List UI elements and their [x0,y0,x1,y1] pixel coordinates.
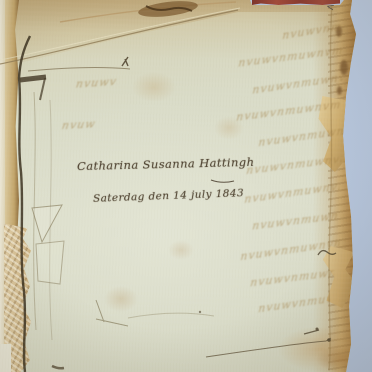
red-book-edge-strip [252,0,340,5]
bleedthrough-row: nvuwvnmuwnvmuwvnmnvuwmvnuwvnmuwnv [244,179,340,206]
bleedthrough-row: nvuwvnmuwnvmuwvnmnvuwmvnuwvnmuwnv [258,292,331,315]
bleedthrough-row: nvuwvnmuwnvmuwvnmnvuwmvnuwvnmuwnv [75,74,119,90]
bleedthrough-row: nvuwvnmuwnvmuwvnmnvuwmvnuwvnmuwnv [236,97,343,123]
bleedthrough-row: nvuwvnmuwnvmuwvnmnvuwmvnuwvnmuwnv [282,19,344,42]
photo-old-manuscript-flyleaf: nvuwvnmuwnvmuwvnmnvuwmvnuwvnmuwnvnvuwvnm… [0,0,372,372]
bleedthrough-writing: nvuwvnmuwnvmuwvnmnvuwmvnuwvnmuwnvnvuwvnm… [0,0,372,372]
bleedthrough-row: nvuwvnmuwnvmuwvnmnvuwmvnuwvnmuwnv [252,70,345,96]
bleedthrough-row: nvuwvnmuwnvmuwvnmnvuwmvnuwvnmuwnv [246,152,343,177]
flyleaf-page: nvuwvnmuwnvmuwvnmnvuwmvnuwvnmuwnvnvuwvnm… [0,0,372,372]
bleedthrough-row: nvuwvnmuwnvmuwvnmnvuwmvnuwvnmuwnv [252,208,341,232]
bleedthrough-row: nvuwvnmuwnvmuwvnmnvuwmvnuwvnmuwnv [249,266,334,290]
bleedthrough-row: nvuwvnmuwnvmuwvnmnvuwmvnuwvnmuwnv [61,117,98,132]
bleedthrough-row: nvuwvnmuwnvmuwvnmnvuwmvnuwvnmuwnv [238,44,343,70]
bleedthrough-row: nvuwvnmuwnvmuwvnmnvuwmvnuwvnmuwnv [258,124,345,149]
bleedthrough-row: nvuwvnmuwnvmuwvnmnvuwmvnuwvnmuwnv [240,236,340,263]
